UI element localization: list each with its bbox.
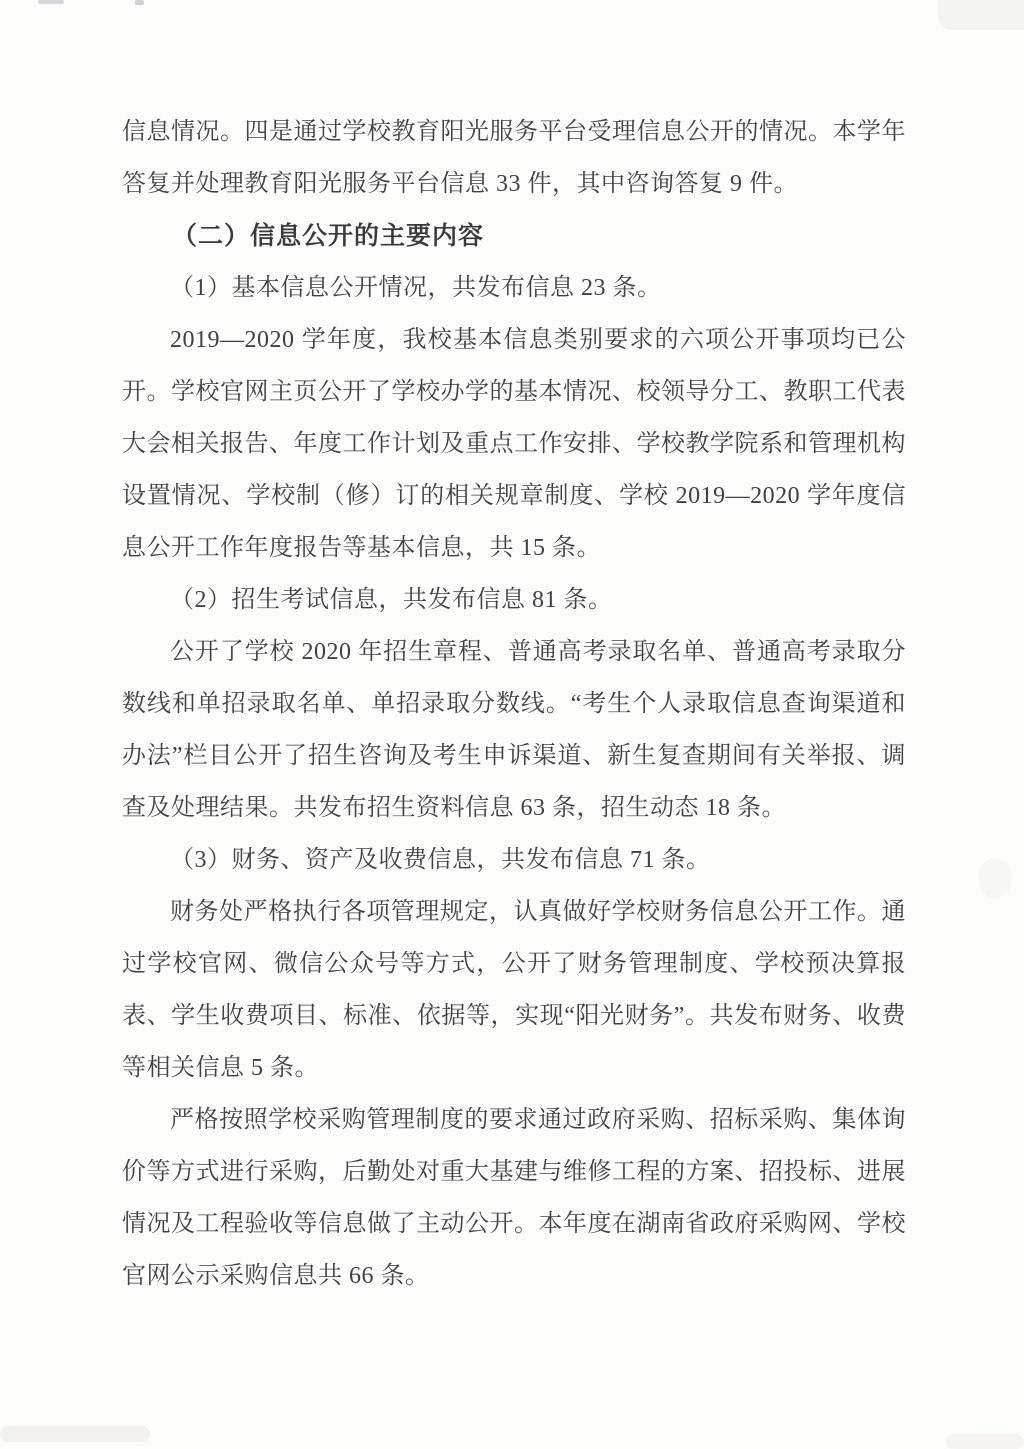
scan-artifact [978,858,1012,898]
paragraph-procurement-info-detail: 严格按照学校采购管理制度的要求通过政府采购、招标采购、集体询价等方式进行采购，后… [122,1094,906,1302]
document-body: 信息情况。四是通过学校教育阳光服务平台受理信息公开的情况。本学年答复并处理教育阳… [122,106,906,1302]
scanned-document-page: { "page": { "background_color": "#fcfcfb… [0,0,1024,1449]
scan-artifact [38,0,64,4]
paragraph-admission-info-count: （2）招生考试信息，共发布信息 81 条。 [122,574,906,626]
scan-artifact [938,0,1024,30]
section-heading-main-content: （二）信息公开的主要内容 [122,210,906,262]
paragraph-admission-info-detail: 公开了学校 2020 年招生章程、普通高考录取名单、普通高考录取分数线和单招录取… [122,626,906,834]
paragraph-basic-info-count: （1）基本信息公开情况，共发布信息 23 条。 [122,262,906,314]
paragraph-finance-info-count: （3）财务、资产及收费信息，共发布信息 71 条。 [122,834,906,886]
scan-artifact [946,1434,1024,1449]
paragraph-basic-info-detail: 2019—2020 学年度，我校基本信息类别要求的六项公开事项均已公开。学校官网… [122,314,906,574]
paragraph-finance-info-detail: 财务处严格执行各项管理规定，认真做好学校财务信息公开工作。通过学校官网、微信公众… [122,886,906,1094]
scan-artifact [0,1426,150,1442]
paragraph-platform-disclosure: 信息情况。四是通过学校教育阳光服务平台受理信息公开的情况。本学年答复并处理教育阳… [122,106,906,210]
scan-artifact [135,0,144,5]
